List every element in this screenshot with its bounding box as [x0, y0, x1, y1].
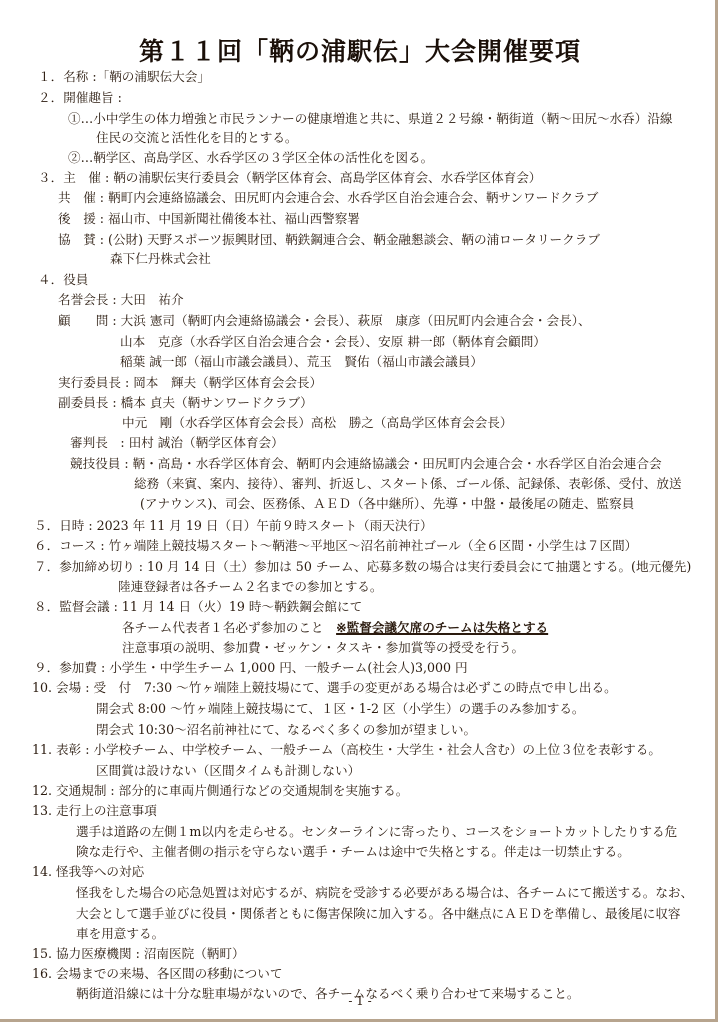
document-line-s14a: 怪我をした場合の応急処置は対応するが、病院を受診する必要がある場合は、各チームに… [76, 885, 693, 901]
document-title: 第１１回「鞆の浦駅伝」大会開催要項 [0, 32, 720, 68]
document-line-s10c: 閉会式 10:30～沼名前神社にて、なるべく多くの参加が望ましい。 [96, 722, 476, 738]
document-line-s7a: ７．参加締め切り : 10 月 14 日（土）参加は 50 チーム、応募多数の場… [34, 559, 691, 575]
document-page: 第１１回「鞆の浦駅伝」大会開催要項 １．名称 :「鞆の浦駅伝大会」２．開催趣旨 … [0, 0, 718, 1022]
document-line-s14c: 車を用意する。 [76, 926, 164, 942]
document-line-s12: 12. 交通規制 : 部分的に車両片側通行などの交通規制を実施する。 [32, 783, 408, 799]
document-line-s2a1: ①…小中学生の体力増強と市民ランナーの健康増進と共に、県道２２号線・鞆街道（鞆～… [68, 111, 673, 127]
disqualification-warning: ※監督会議欠席のチームは失格とする [336, 620, 548, 635]
document-line-s3a: ３．主 催 : 鞆の浦駅伝実行委員会（鞆学区体育会、高島学区体育会、水呑学区体育… [38, 170, 541, 186]
document-line-s10a: 10. 会場 : 受 付 7:30 ～竹ヶ端陸上競技場にて、選手の変更がある場合… [32, 680, 617, 696]
document-line-s11b: 区間賞は設けない（区間タイムも計測しない） [96, 763, 360, 779]
document-line-s15: 15. 協力医療機関 : 沼南医院（鞆町） [32, 946, 245, 962]
meeting-note-text: 各チーム代表者１名必ず参加のこと [122, 620, 336, 635]
document-line-s4a: 名誉会長 : 大田 祐介 [58, 292, 184, 308]
document-line-s2a2: 住民の交流と活性化を目的とする。 [96, 130, 298, 146]
document-line-s4b1: 顧 問 : 大浜 憲司（鞆町内会連絡協議会・会長）、萩原 康彦（田尻町内会連合会… [58, 313, 591, 329]
document-line-s7b: 陸連登録者は各チーム２名までの参加とする。 [118, 579, 382, 595]
document-line-s8c: 注意事項の説明、参加費・ゼッケン・タスキ・参加賞等の授受を行う。 [122, 640, 524, 656]
document-line-s13a: 選手は道路の左側１m以内を走らせる。センターラインに寄ったり、コースをショートカ… [76, 824, 677, 840]
document-line-s4b2: 山本 克彦（水呑学区自治会連合会・会長）、安原 耕一郎（鞆体育会顧問） [120, 334, 546, 350]
document-line-s4d1: 副委員長 : 橋本 貞夫（鞆サンワードクラブ） [58, 395, 313, 411]
document-line-s4: ４．役員 [38, 272, 88, 288]
document-line-s4f3: (アナウンス)、司会、医務係、ＡＥＤ（各中継所）、先導・中盤・最後尾の随走、監察… [140, 496, 634, 512]
document-line-s4f2: 総務（来賓、案内、接待）、審判、折返し、スタート係、ゴール係、記録係、表彰係、受… [134, 476, 682, 492]
page-number: - 1 - [0, 994, 720, 1008]
document-line-s16: 16. 会場までの来場、各区間の移動について [32, 966, 282, 982]
document-line-s1: １．名称 :「鞆の浦駅伝大会」 [38, 69, 210, 85]
document-line-s8a: ８．監督会議 : 11 月 14 日（火）19 時～鞆鉄鋼会館にて [34, 599, 362, 615]
document-line-s10b: 開会式 8:00 ～竹ヶ端陸上競技場にて、１区・1-2 区（小学生）の選手のみ参… [96, 701, 585, 717]
document-line-s2b: ②…鞆学区、高島学区、水呑学区の３学区全体の活性化を図る。 [68, 150, 433, 166]
document-line-s3e: 森下仁丹株式会社 [110, 251, 211, 267]
document-line-s2: ２．開催趣旨 : [38, 90, 122, 106]
document-line-s5: ５．日時 : 2023 年 11 月 19 日（日）午前９時スタート（雨天決行） [34, 518, 433, 534]
document-line-s3b: 共 催 : 鞆町内会連絡協議会、田尻町内会連合会、水呑学区自治会連合会、鞆サンワ… [58, 190, 598, 206]
document-line-s14: 14. 怪我等への対応 [32, 864, 144, 880]
document-line-s3c: 後 援 : 福山市、中国新聞社備後本社、福山西警察署 [58, 211, 360, 227]
document-line-s4b3: 稲葉 誠一郎（福山市議会議員）、荒玉 賢佑（福山市議会議員） [120, 354, 483, 370]
document-line-s14b: 大会として選手並びに役員・関係者ともに傷害保険に加入する。各中継点にＡＥＤを準備… [76, 906, 681, 922]
document-line-s4c: 実行委員長 : 岡本 輝夫（鞆学区体育会会長） [58, 375, 322, 391]
document-line-s4d2: 中元 剛（水呑学区体育会会長）高松 勝之（高島学区体育会会長） [122, 415, 512, 431]
document-line-s3d: 協 賛 : (公財) 天野スポーツ振興財団、鞆鉄鋼連合会、鞆金融懇談会、鞆の浦ロ… [58, 232, 600, 248]
document-line-s11a: 11. 表彰 : 小学校チーム、中学校チーム、一般チーム（高校生・大学生・社会人… [32, 742, 661, 758]
document-line-s4f1: 競技役員 : 鞆・高島・水呑学区体育会、鞆町内会連絡協議会・田尻町内会連合会・水… [70, 456, 662, 472]
meeting-note: 各チーム代表者１名必ず参加のこと ※監督会議欠席のチームは失格とする [122, 620, 548, 636]
document-line-s4e: 審判長 : 田村 誠治（鞆学区体育会） [70, 435, 284, 451]
document-line-s13: 13. 走行上の注意事項 [32, 803, 157, 819]
document-line-s13b: 険な走行や、主催者側の指示を守らない選手・チームは途中で失格とする。伴走は一切禁… [76, 844, 630, 860]
document-line-s9: ９．参加費 : 小学生・中学生チーム 1,000 円、一般チーム(社会人)3,0… [34, 660, 468, 676]
document-line-s6: ６．コース : 竹ヶ端陸上競技場スタート～鞆港～平地区～沼名前神社ゴール（全６区… [34, 538, 637, 554]
